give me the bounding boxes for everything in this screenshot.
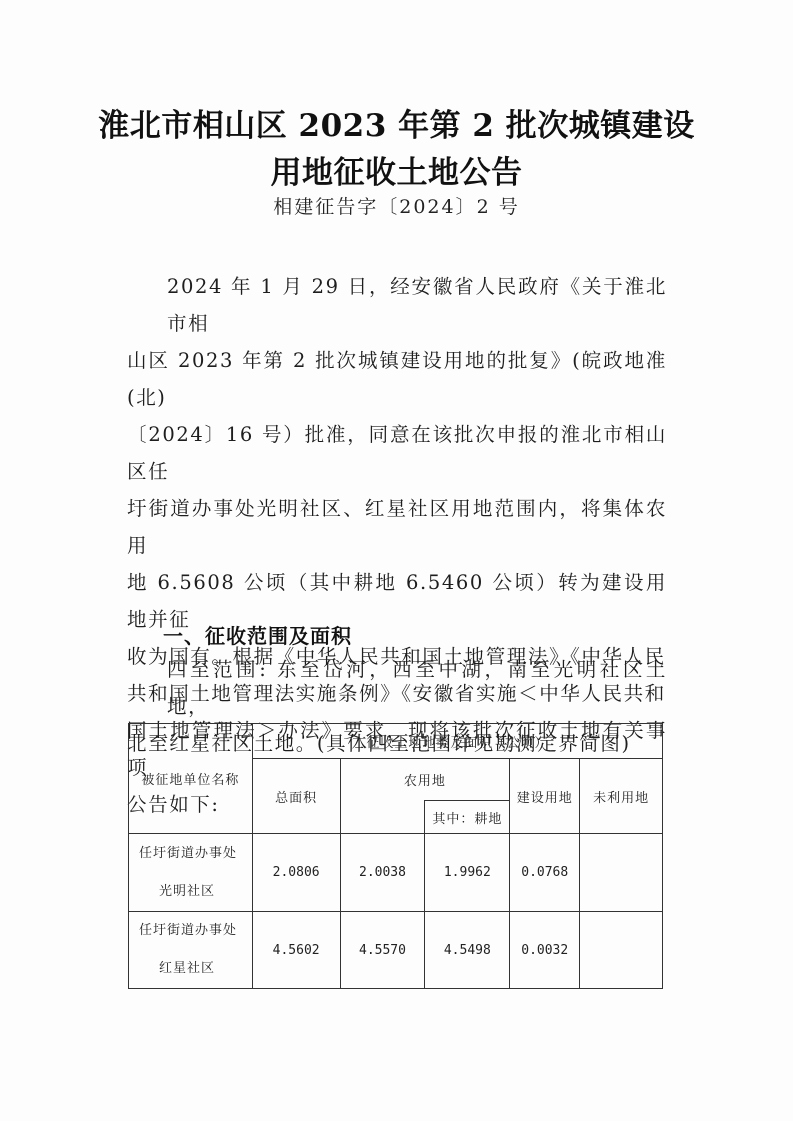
arable-cell: 4.5498: [425, 912, 510, 989]
unit-name-cell: 任圩街道办事处 光明社区: [129, 834, 253, 912]
header-agricultural: 农用地: [340, 759, 510, 801]
section-heading: 一、征收范围及面积: [163, 620, 352, 649]
paragraph-line: 圩街道办事处光明社区、红星社区用地范围内，将集体农用: [127, 490, 667, 564]
unused-cell: [580, 834, 663, 912]
unit-line1: 任圩街道办事处: [139, 835, 252, 873]
header-unused: 未利用地: [580, 759, 663, 834]
agricultural-cell: 4.5570: [340, 912, 425, 989]
header-agricultural-blank: [340, 801, 425, 834]
construction-cell: 0.0032: [510, 912, 580, 989]
header-construction: 建设用地: [510, 759, 580, 834]
unit-line1: 任圩街道办事处: [139, 912, 252, 950]
document-title-line1: 淮北市相山区 2023 年第 2 批次城镇建设: [0, 100, 793, 145]
agricultural-cell: 2.0038: [340, 834, 425, 912]
land-acquisition-table: 被征地单位名称 征收土地地类及面积（公顷） 总面积 农用地 建设用地 未利用地 …: [128, 723, 663, 989]
header-arable: 其中：耕地: [425, 801, 510, 834]
unused-cell: [580, 912, 663, 989]
total-area-cell: 2.0806: [252, 834, 340, 912]
table-row: 任圩街道办事处 红星社区 4.5602 4.5570 4.5498 0.0032: [129, 912, 663, 989]
document-number: 相建征告字〔2024〕2 号: [0, 192, 793, 219]
paragraph-line: 〔2024〕16 号）批准，同意在该批次申报的淮北市相山区任: [127, 416, 667, 490]
header-unit-name: 被征地单位名称: [129, 724, 253, 834]
unit-line2: 红星社区: [139, 950, 252, 988]
header-group: 征收土地地类及面积（公顷）: [252, 724, 662, 759]
unit-name-cell: 任圩街道办事处 红星社区: [129, 912, 253, 989]
unit-line2: 光明社区: [139, 873, 252, 911]
construction-cell: 0.0768: [510, 834, 580, 912]
total-area-cell: 4.5602: [252, 912, 340, 989]
paragraph-line: 山区 2023 年第 2 批次城镇建设用地的批复》(皖政地准(北): [127, 342, 667, 416]
paragraph-line: 2024 年 1 月 29 日，经安徽省人民政府《关于淮北市相: [127, 268, 667, 342]
document-title-line2: 用地征收土地公告: [0, 147, 793, 192]
paragraph-line: 四至范围: 东至岱河，西至中湖，南至光明社区土地，: [127, 651, 667, 725]
arable-cell: 1.9962: [425, 834, 510, 912]
header-total-area: 总面积: [252, 759, 340, 834]
table-row: 任圩街道办事处 光明社区 2.0806 2.0038 1.9962 0.0768: [129, 834, 663, 912]
